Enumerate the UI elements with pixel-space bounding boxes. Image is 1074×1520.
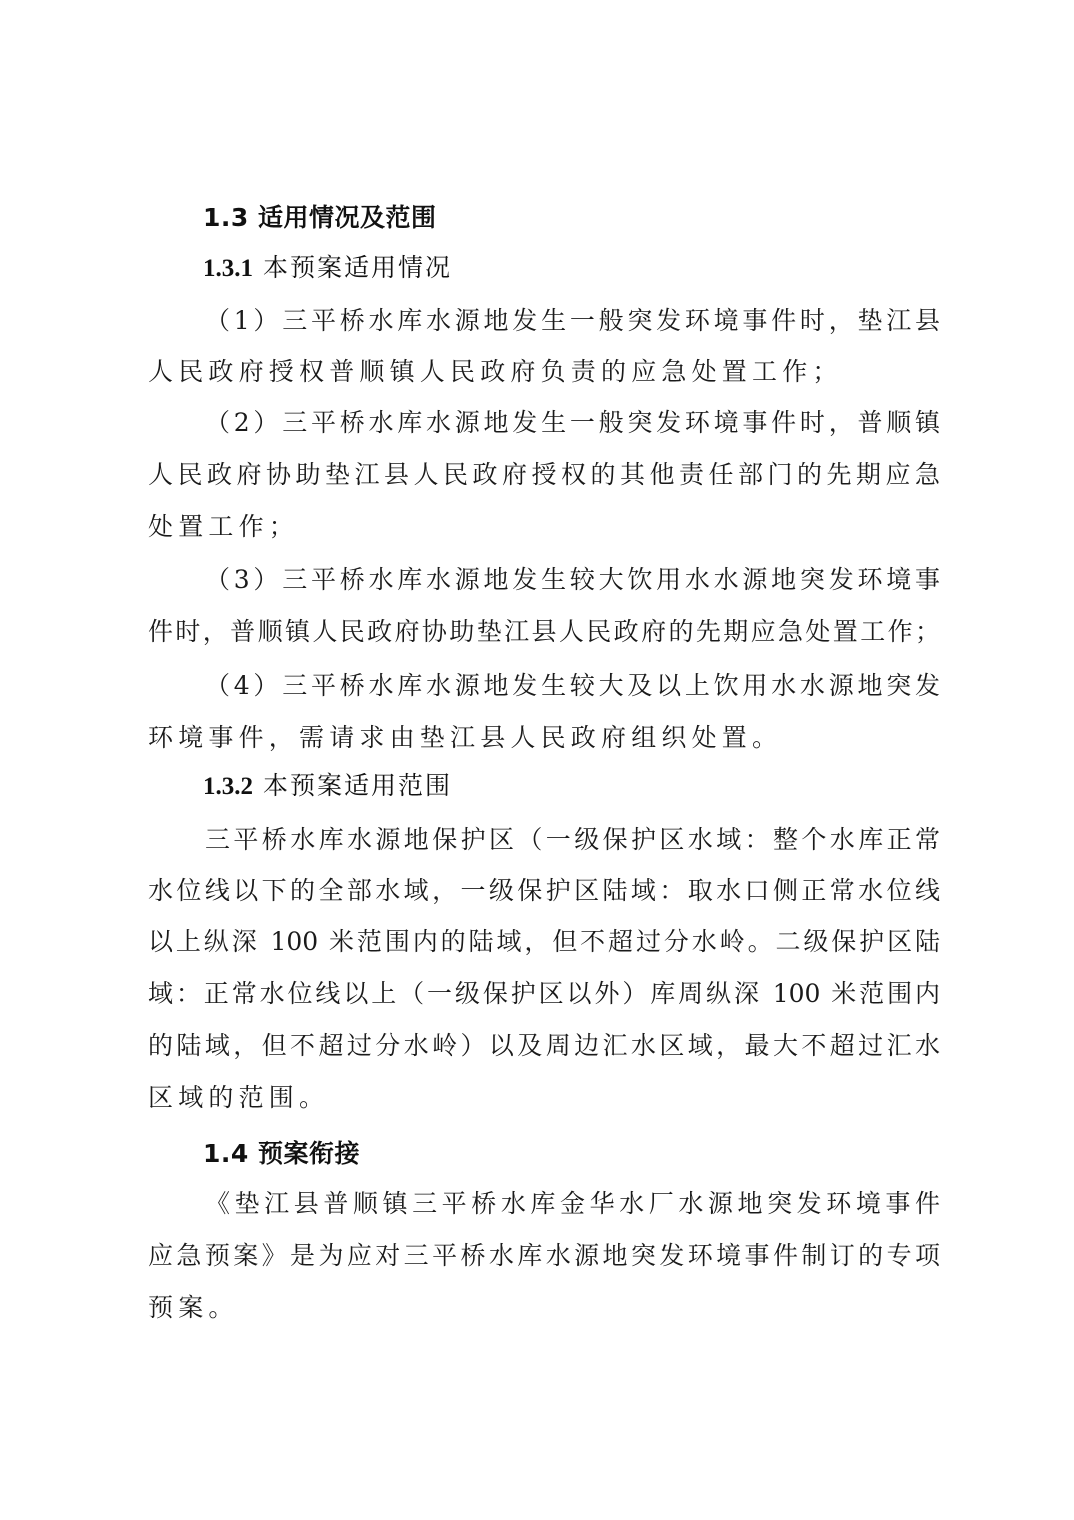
paragraph-line: 以上纵深 100 米范围内的陆域，但不超过分水岭。二级保护区陆	[148, 926, 940, 958]
paragraph-line: （1）三平桥水库水源地发生一般突发环境事件时，垫江县	[205, 305, 940, 337]
heading-1-3-1: 1.3.1 本预案适用情况	[203, 252, 452, 285]
paragraph-line: 人民政府授权普顺镇人民政府负责的应急处置工作；	[148, 356, 940, 388]
heading-number: 1.3	[203, 203, 249, 232]
paragraph-line: 水位线以下的全部水域，一级保护区陆域：取水口侧正常水位线	[148, 875, 940, 907]
paragraph-line: 预案。	[148, 1292, 940, 1324]
paragraph-line: 环境事件，需请求由垫江县人民政府组织处置。	[148, 722, 940, 754]
paragraph-line: （2）三平桥水库水源地发生一般突发环境事件时，普顺镇	[205, 407, 940, 439]
paragraph-line: 应急预案》是为应对三平桥水库水源地突发环境事件制订的专项	[148, 1240, 940, 1272]
paragraph-line: 人民政府协助垫江县人民政府授权的其他责任部门的先期应急	[148, 459, 940, 491]
heading-number: 1.3.1	[203, 255, 253, 282]
paragraph-line: （4）三平桥水库水源地发生较大及以上饮用水水源地突发	[205, 670, 940, 702]
paragraph-line: 《垫江县普顺镇三平桥水库金华水厂水源地突发环境事件	[205, 1188, 940, 1220]
paragraph-line: 区域的范围。	[148, 1082, 940, 1114]
paragraph-line: 件时，普顺镇人民政府协助垫江县人民政府的先期应急处置工作；	[148, 616, 940, 648]
paragraph-line: （3）三平桥水库水源地发生较大饮用水水源地突发环境事	[205, 564, 940, 596]
paragraph-line: 域：正常水位线以上（一级保护区以外）库周纵深 100 米范围内	[148, 978, 940, 1010]
heading-title: 适用情况及范围	[258, 203, 437, 232]
heading-title: 本预案适用范围	[263, 771, 452, 800]
paragraph-line: 的陆域，但不超过分水岭）以及周边汇水区域，最大不超过汇水	[148, 1030, 940, 1062]
heading-title: 本预案适用情况	[263, 253, 452, 282]
heading-number: 1.4	[203, 1139, 249, 1168]
heading-number: 1.3.2	[203, 773, 253, 800]
paragraph-line: 处置工作；	[148, 511, 940, 543]
heading-title: 预案衔接	[258, 1139, 360, 1168]
heading-1-3-2: 1.3.2 本预案适用范围	[203, 770, 452, 803]
paragraph-line: 三平桥水库水源地保护区（一级保护区水域：整个水库正常	[205, 824, 940, 856]
heading-1-3: 1.3 适用情况及范围	[203, 202, 437, 234]
heading-1-4: 1.4 预案衔接	[203, 1138, 360, 1170]
